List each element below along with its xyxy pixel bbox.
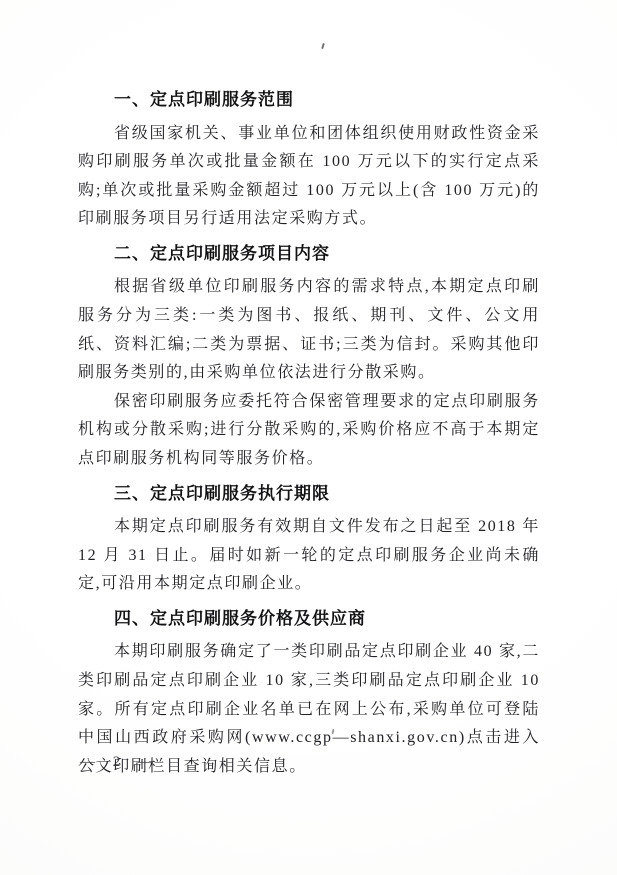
- document-body: 一、定点印刷服务范围 省级国家机关、事业单位和团体组织使用财政性资金采购印刷服务…: [78, 80, 540, 781]
- section-print-service-content: 二、定点印刷服务项目内容 根据省级单位印刷服务内容的需求特点,本期定点印刷服务分…: [78, 240, 540, 474]
- page-number: — 2 —: [80, 754, 160, 771]
- section-heading: 一、定点印刷服务范围: [78, 86, 540, 115]
- section-print-service-scope: 一、定点印刷服务范围 省级国家机关、事业单位和团体组织使用财政性资金采购印刷服务…: [78, 86, 540, 234]
- section-heading: 二、定点印刷服务项目内容: [78, 240, 540, 269]
- section-heading: 四、定点印刷服务价格及供应商: [78, 605, 540, 634]
- scanned-document-page: 一、定点印刷服务范围 省级国家机关、事业单位和团体组织使用财政性资金采购印刷服务…: [0, 0, 617, 875]
- section-heading: 三、定点印刷服务执行期限: [78, 480, 540, 509]
- section-print-service-term: 三、定点印刷服务执行期限 本期定点印刷服务有效期自文件发布之日起至 2018 年…: [78, 480, 540, 599]
- paragraph: 保密印刷服务应委托符合保密管理要求的定点印刷服务机构或分散采购;进行分散采购的,…: [78, 388, 540, 474]
- paragraph: 根据省级单位印刷服务内容的需求特点,本期定点印刷服务分为三类:一类为图书、报纸、…: [78, 273, 540, 387]
- scan-speck-top: [321, 43, 325, 49]
- paragraph: 本期定点印刷服务有效期自文件发布之日起至 2018 年 12 月 31 日止。届…: [78, 513, 540, 599]
- paragraph: 省级国家机关、事业单位和团体组织使用财政性资金采购印刷服务单次或批量金额在 10…: [78, 120, 540, 234]
